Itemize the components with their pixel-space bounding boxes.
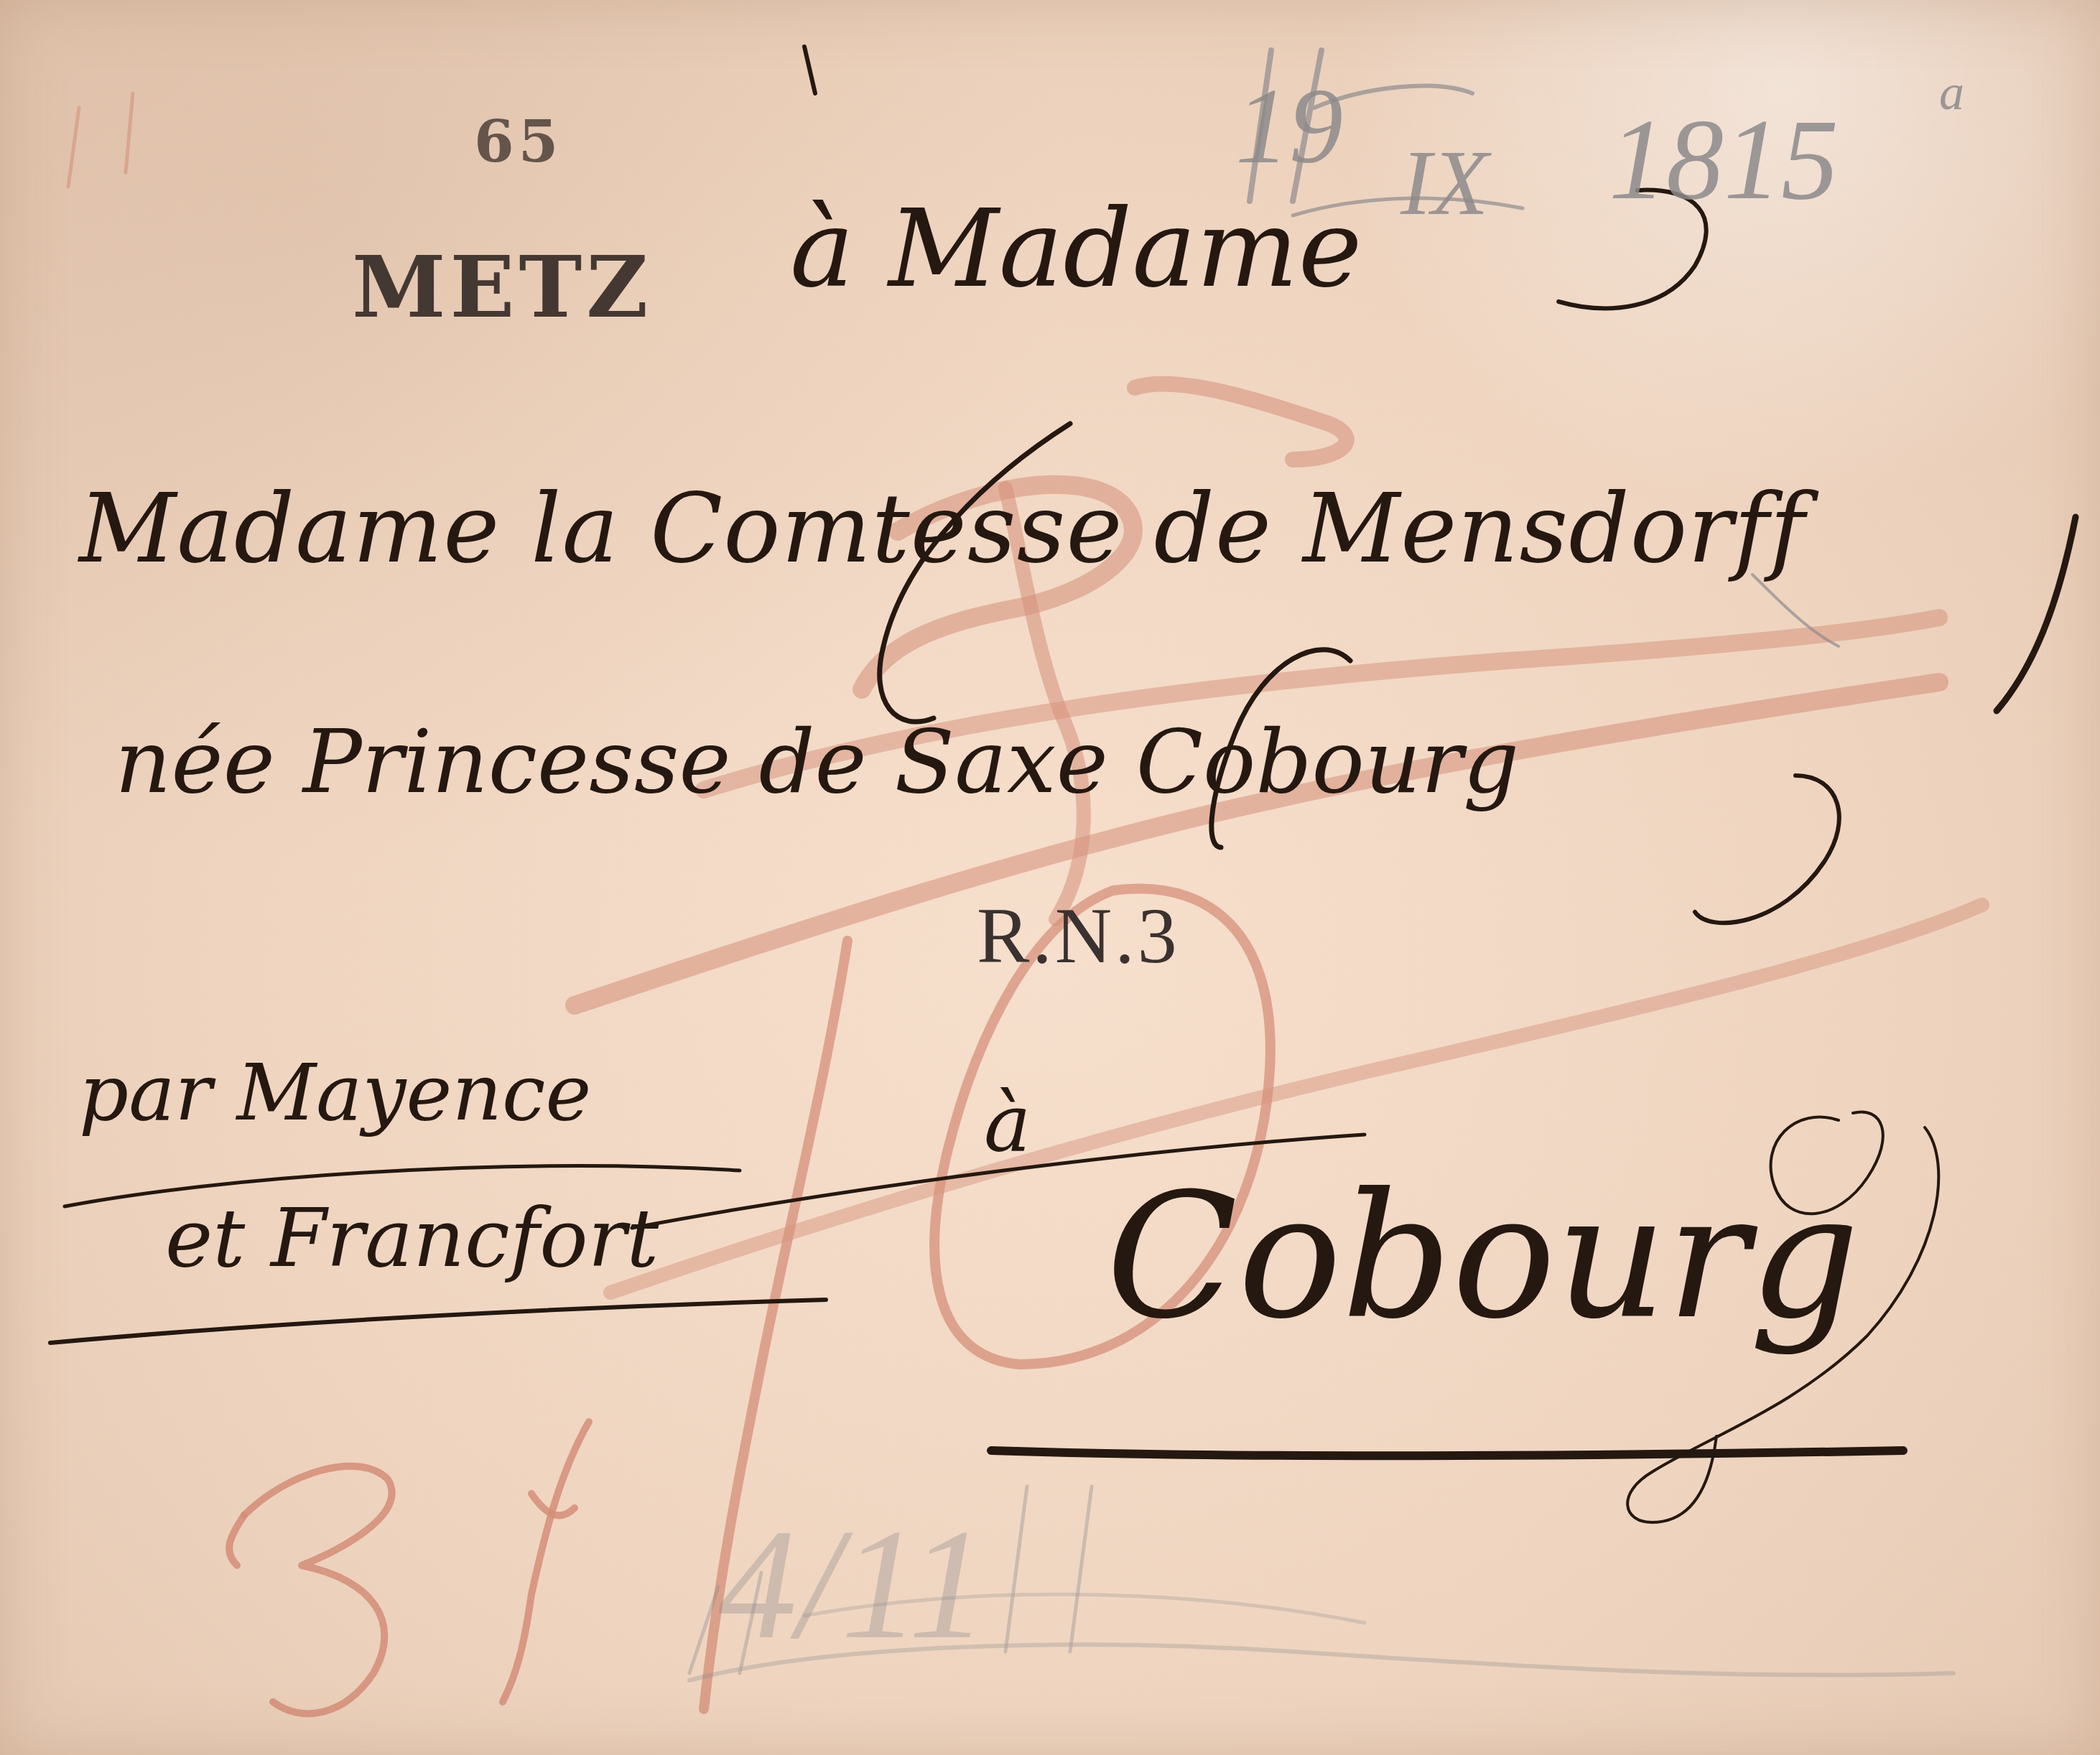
pencil-date-month: IX (1400, 129, 1489, 237)
pencil-date-day: 19 (1235, 65, 1343, 188)
pencil-bottom-note: 4/11 (718, 1494, 988, 1675)
pencil-date-year: 1815 (1609, 93, 1839, 226)
address-salutation: à Madame (790, 187, 1362, 312)
postmark-town: METZ (352, 237, 653, 337)
envelope-cover: 65 METZ 19 IX 1815 a à Madame Madame la … (0, 0, 2100, 1755)
postmark-number: 65 (474, 108, 562, 175)
routing-line-2: et Francfort (165, 1192, 659, 1285)
pencil-date-suffix: a (1939, 65, 1964, 122)
routing-line-1: par Mayence (79, 1048, 591, 1138)
address-line-2: née Princesse de Saxe Cobourg (115, 711, 1519, 813)
